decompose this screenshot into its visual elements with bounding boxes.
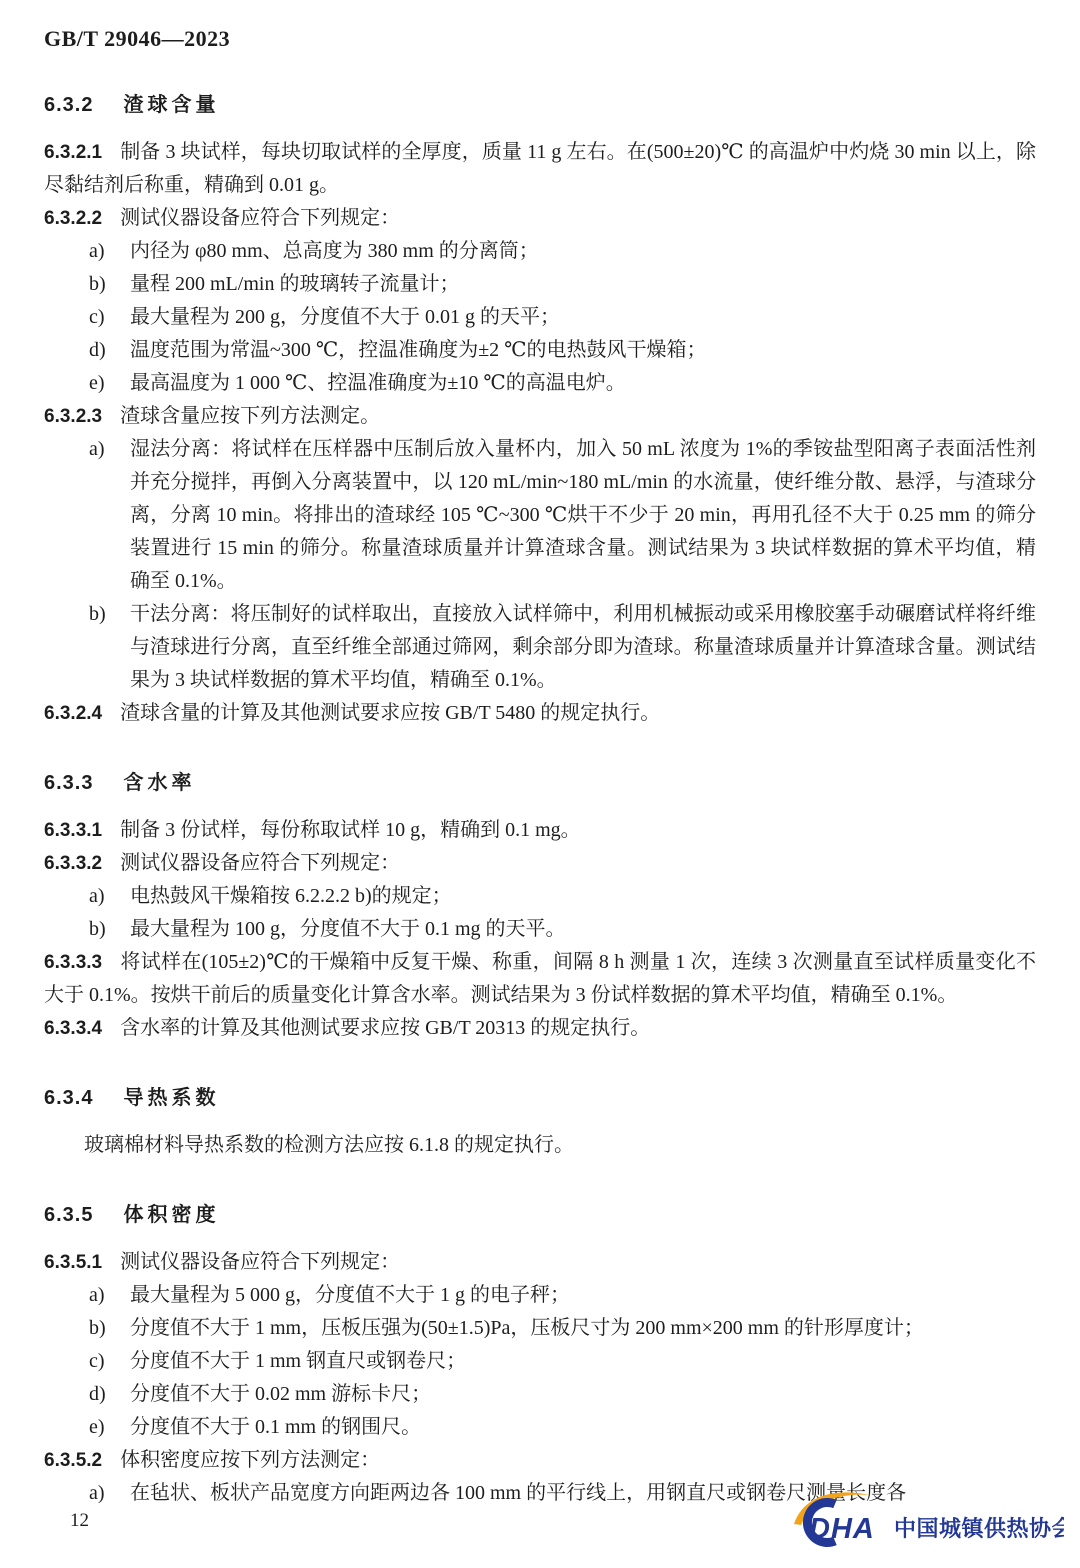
clause-text: 将试样在(105±2)℃的干燥箱中反复干燥、称重，间隔 8 h 测量 1 次，连…: [44, 951, 1036, 1006]
clause-paragraph: 6.3.2.4渣球含量的计算及其他测试要求应按 GB/T 5480 的规定执行。: [44, 697, 1036, 730]
dha-logo: DHA 中国城镇供热协会: [788, 1486, 1064, 1557]
dha-logo-icon: DHA 中国城镇供热协会: [788, 1486, 1064, 1552]
clause-paragraph: 6.3.3.2测试仪器设备应符合下列规定：: [44, 847, 1036, 880]
list-text: 最大量程为 200 g，分度值不大于 0.01 g 的天平；: [130, 306, 560, 328]
clause-text: 测试仪器设备应符合下列规定：: [120, 207, 400, 229]
list-text: 量程 200 mL/min 的玻璃转子流量计；: [130, 273, 459, 295]
clause-number: 6.3.2.4: [44, 703, 102, 724]
list-item: a)湿法分离：将试样在压样器中压制后放入量杯内，加入 50 mL 浓度为 1%的…: [44, 433, 1036, 598]
list-text: 电热鼓风干燥箱按 6.2.2.2 b)的规定；: [130, 885, 452, 907]
list-marker: a): [89, 1279, 105, 1312]
section-heading: 6.3.4导热系数: [44, 1082, 1036, 1115]
clause-paragraph: 6.3.5.1测试仪器设备应符合下列规定：: [44, 1246, 1036, 1279]
list-text: 最大量程为 100 g，分度值不大于 0.1 mg 的天平。: [130, 918, 566, 940]
body-paragraph: 玻璃棉材料导热系数的检测方法应按 6.1.8 的规定执行。: [44, 1129, 1036, 1162]
list-text: 内径为 φ80 mm、总高度为 380 mm 的分离筒；: [130, 240, 539, 262]
section-number: 6.3.5: [44, 1204, 93, 1226]
document-page: GB/T 29046—2023 6.3.2渣球含量 6.3.2.1制备 3 块试…: [0, 0, 1080, 1510]
list-item: c)分度值不大于 1 mm 钢直尺或钢卷尺；: [44, 1345, 1036, 1378]
page-number: 12: [70, 1510, 89, 1532]
section-title: 导热系数: [123, 1087, 219, 1109]
list-marker: b): [89, 598, 106, 631]
section-heading: 6.3.3含水率: [44, 767, 1036, 800]
list-marker: c): [89, 301, 105, 334]
list-text: 分度值不大于 0.1 mm 的钢围尺。: [130, 1416, 421, 1438]
clause-paragraph: 6.3.2.1制备 3 块试样，每块切取试样的全厚度，质量 11 g 左右。在(…: [44, 136, 1036, 202]
clause-paragraph: 6.3.2.2测试仪器设备应符合下列规定：: [44, 202, 1036, 235]
list-marker: a): [89, 235, 105, 268]
section-number: 6.3.3: [44, 772, 93, 794]
list-item: a)电热鼓风干燥箱按 6.2.2.2 b)的规定；: [44, 880, 1036, 913]
list-item: d)分度值不大于 0.02 mm 游标卡尺；: [44, 1378, 1036, 1411]
section-title: 含水率: [123, 772, 195, 794]
list-marker: b): [89, 268, 106, 301]
clause-text: 渣球含量的计算及其他测试要求应按 GB/T 5480 的规定执行。: [120, 702, 660, 724]
clause-number: 6.3.5.2: [44, 1450, 102, 1471]
section-title: 体积密度: [123, 1204, 219, 1226]
list-item: a)内径为 φ80 mm、总高度为 380 mm 的分离筒；: [44, 235, 1036, 268]
clause-paragraph: 6.3.2.3渣球含量应按下列方法测定。: [44, 400, 1036, 433]
list-text: 分度值不大于 1 mm，压板压强为(50±1.5)Pa，压板尺寸为 200 mm…: [130, 1317, 924, 1339]
clause-number: 6.3.3.4: [44, 1018, 102, 1039]
logo-org-name: 中国城镇供热协会: [894, 1516, 1064, 1541]
list-item: b)量程 200 mL/min 的玻璃转子流量计；: [44, 268, 1036, 301]
clause-number: 6.3.5.1: [44, 1252, 102, 1273]
list-item: c)最大量程为 200 g，分度值不大于 0.01 g 的天平；: [44, 301, 1036, 334]
list-text: 最大量程为 5 000 g，分度值不大于 1 g 的电子秤；: [130, 1284, 570, 1306]
clause-number: 6.3.3.2: [44, 853, 102, 874]
clause-number: 6.3.2.2: [44, 208, 102, 229]
clause-number: 6.3.2.1: [44, 142, 102, 163]
list-marker: e): [89, 1411, 105, 1444]
clause-text: 制备 3 份试样，每份称取试样 10 g，精确到 0.1 mg。: [120, 819, 581, 841]
list-item: b)分度值不大于 1 mm，压板压强为(50±1.5)Pa，压板尺寸为 200 …: [44, 1312, 1036, 1345]
clause-paragraph: 6.3.5.2体积密度应按下列方法测定：: [44, 1444, 1036, 1477]
section-heading: 6.3.2渣球含量: [44, 89, 1036, 122]
clause-text: 测试仪器设备应符合下列规定：: [120, 852, 400, 874]
list-item: b)最大量程为 100 g，分度值不大于 0.1 mg 的天平。: [44, 913, 1036, 946]
list-text: 最高温度为 1 000 ℃、控温准确度为±10 ℃的高温电炉。: [130, 372, 626, 394]
logo-abbr: DHA: [809, 1513, 875, 1545]
clause-text: 制备 3 块试样，每块切取试样的全厚度，质量 11 g 左右。在(500±20)…: [44, 141, 1036, 196]
list-item: e)分度值不大于 0.1 mm 的钢围尺。: [44, 1411, 1036, 1444]
list-item: b)干法分离：将压制好的试样取出，直接放入试样筛中，利用机械振动或采用橡胶塞手动…: [44, 598, 1036, 697]
clause-text: 渣球含量应按下列方法测定。: [120, 405, 380, 427]
clause-paragraph: 6.3.3.4含水率的计算及其他测试要求应按 GB/T 20313 的规定执行。: [44, 1012, 1036, 1045]
clause-number: 6.3.3.1: [44, 820, 102, 841]
clause-text: 含水率的计算及其他测试要求应按 GB/T 20313 的规定执行。: [120, 1017, 650, 1039]
clause-paragraph: 6.3.3.1制备 3 份试样，每份称取试样 10 g，精确到 0.1 mg。: [44, 814, 1036, 847]
clause-text: 体积密度应按下列方法测定：: [120, 1449, 380, 1471]
list-marker: e): [89, 367, 105, 400]
list-item: a)最大量程为 5 000 g，分度值不大于 1 g 的电子秤；: [44, 1279, 1036, 1312]
section-number: 6.3.2: [44, 94, 93, 116]
list-marker: d): [89, 334, 106, 367]
section-number: 6.3.4: [44, 1087, 93, 1109]
list-text: 分度值不大于 0.02 mm 游标卡尺；: [130, 1383, 431, 1405]
list-marker: d): [89, 1378, 106, 1411]
list-marker: c): [89, 1345, 105, 1378]
list-marker: b): [89, 913, 106, 946]
list-text: 分度值不大于 1 mm 钢直尺或钢卷尺；: [130, 1350, 466, 1372]
list-text: 湿法分离：将试样在压样器中压制后放入量杯内，加入 50 mL 浓度为 1%的季铵…: [130, 438, 1036, 592]
section-heading: 6.3.5体积密度: [44, 1199, 1036, 1232]
list-marker: a): [89, 1477, 105, 1510]
clause-text: 测试仪器设备应符合下列规定：: [120, 1251, 400, 1273]
list-item: e)最高温度为 1 000 ℃、控温准确度为±10 ℃的高温电炉。: [44, 367, 1036, 400]
list-marker: b): [89, 1312, 106, 1345]
clause-number: 6.3.2.3: [44, 406, 102, 427]
list-text: 温度范围为常温~300 ℃，控温准确度为±2 ℃的电热鼓风干燥箱；: [130, 339, 707, 361]
section-title: 渣球含量: [123, 94, 219, 116]
list-marker: a): [89, 880, 105, 913]
standard-number: GB/T 29046—2023: [44, 26, 1036, 52]
list-item: d)温度范围为常温~300 ℃，控温准确度为±2 ℃的电热鼓风干燥箱；: [44, 334, 1036, 367]
clause-number: 6.3.3.3: [44, 952, 102, 973]
list-marker: a): [89, 433, 105, 466]
list-text: 干法分离：将压制好的试样取出，直接放入试样筛中，利用机械振动或采用橡胶塞手动碾磨…: [130, 603, 1036, 691]
clause-paragraph: 6.3.3.3将试样在(105±2)℃的干燥箱中反复干燥、称重，间隔 8 h 测…: [44, 946, 1036, 1012]
